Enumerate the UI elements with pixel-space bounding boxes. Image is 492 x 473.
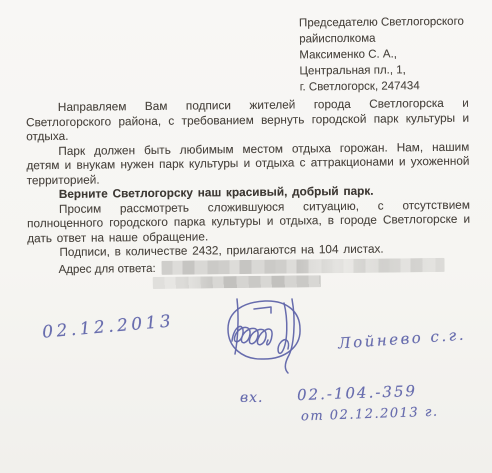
recipient-line: Максименко С. А., [299,46,484,64]
reply-address-row: Адрес для ответа: [59,258,445,276]
incoming-mark: вх. [240,390,264,406]
paragraph: Просим рассмотреть сложившуюся ситуацию,… [27,197,470,245]
recipient-line: г. Светлогорск, 247434 [300,78,485,96]
address-redaction-line-2 [153,275,321,289]
recipient-line: Центральная пл., 1, [299,62,484,80]
signature-stamp-icon [224,297,306,397]
paragraph: Направляем Вам подписи жителей города Св… [26,96,469,144]
paragraph: Парк должен быть любимым местом отдыха г… [26,139,469,187]
reply-address-label: Адрес для ответа: [59,263,156,276]
scanned-letter-page: Председателю Светлогорского райисполкома… [0,0,492,473]
recipient-line: Председателю Светлогорского [299,14,484,32]
letter-body: Направляем Вам подписи жителей города Св… [26,96,471,260]
address-redaction-line-1 [162,258,445,275]
recipient-block: Председателю Светлогорского райисполкома… [299,14,485,95]
recipient-line: райисполкома [299,30,484,48]
